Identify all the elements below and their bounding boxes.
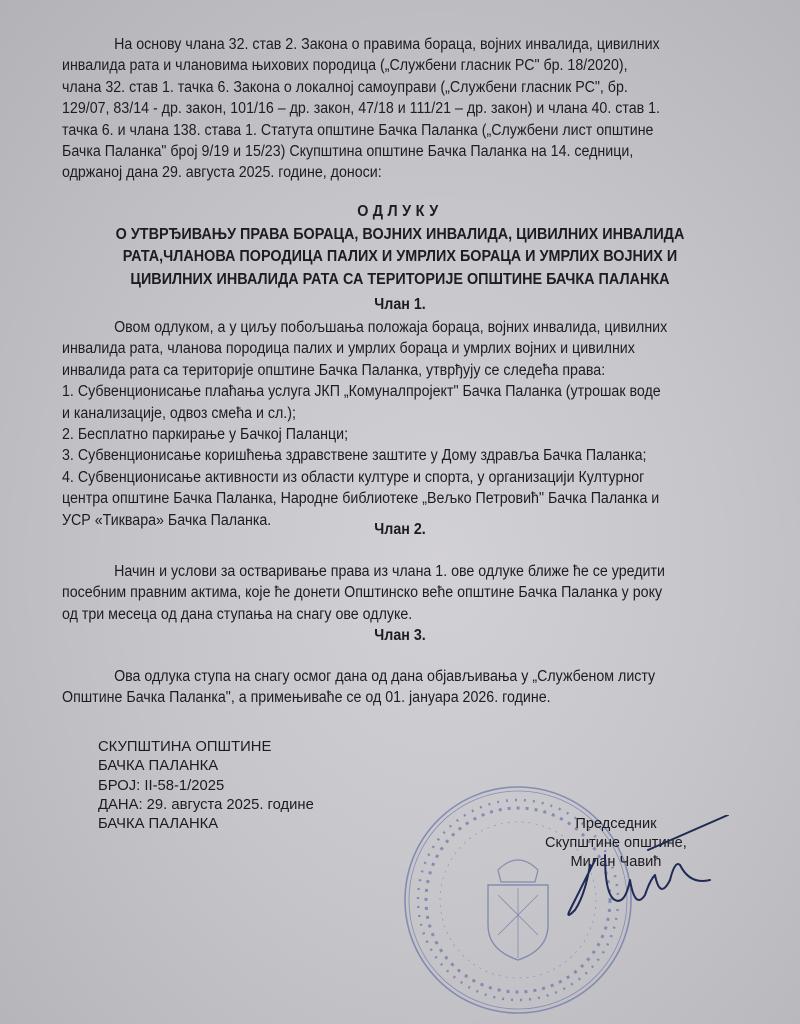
article-line: Ова одлука ступа на снагу осмог дана од …: [62, 666, 748, 687]
article-line: 3. Субвенционисање коришћења здравствене…: [62, 445, 748, 466]
article-1-body: Овом одлуком, а у циљу побољшања положај…: [62, 317, 748, 531]
title-heading: ОДЛУКУ: [40, 201, 760, 224]
preamble-line: члана 32. став 1. тачка 6. Закона о лока…: [62, 77, 748, 98]
title-subtitle-line: ЦИВИЛНИХ ИНВАЛИДА РАТА СА ТЕРИТОРИЈЕ ОПШ…: [40, 269, 760, 292]
article-line: Општине Бачка Паланка", а примењиваће се…: [62, 687, 748, 708]
preamble-line: одржаној дана 29. августа 2025. године, …: [62, 162, 748, 183]
article-line: 1. Субвенционисање плаћања услуга ЈКП „К…: [62, 381, 748, 402]
preamble-line: тачка 6. и члана 138. става 1. Статута о…: [62, 120, 748, 141]
title-subtitle-line: РАТА,ЧЛАНОВА ПОРОДИЦА ПАЛИХ И УМРЛИХ БОР…: [40, 246, 760, 269]
article-line: инвалида рата са територије општине Бачк…: [62, 360, 748, 381]
document-number: БРОЈ: II-58-1/2025: [98, 777, 314, 796]
title-subtitle-line: О УТВРЂИВАЊУ ПРАВА БОРАЦА, ВОЈНИХ ИНВАЛИ…: [40, 224, 760, 247]
article-line: Начин и услови за остваривање права из ч…: [62, 561, 748, 582]
article-3-heading: Члан 3.: [32, 627, 768, 645]
article-line: 4. Субвенционисање активности из области…: [62, 467, 748, 488]
preamble-line: инвалида рата и члановима њихових породи…: [62, 55, 748, 76]
article-line: центра општине Бачка Паланка, Народне би…: [62, 488, 748, 509]
article-line: од три месеца од дана ступања на снагу о…: [62, 604, 748, 625]
preamble-line: Бачка Паланка" број 9/19 и 15/23) Скупшт…: [62, 141, 748, 162]
issuer-line: БАЧКА ПАЛАНКА: [98, 815, 314, 834]
article-line: 2. Бесплатно паркирање у Бачкој Паланци;: [62, 424, 748, 445]
issuer-line: СКУПШТИНА ОПШТИНЕ: [98, 738, 314, 757]
handwritten-signature-icon: [560, 815, 740, 935]
article-line: Овом одлуком, а у циљу побољшања положај…: [62, 317, 748, 338]
preamble-line: На основу члана 32. став 2. Закона о пра…: [62, 34, 748, 55]
preamble-line: 129/07, 83/14 - др. закон, 101/16 – др. …: [62, 98, 748, 119]
article-1-heading: Члан 1.: [32, 296, 768, 314]
issuer-line: БАЧКА ПАЛАНКА: [98, 757, 314, 776]
article-line: инвалида рата, чланова породица палих и …: [62, 338, 748, 359]
decision-title: ОДЛУКУ О УТВРЂИВАЊУ ПРАВА БОРАЦА, ВОЈНИХ…: [0, 201, 800, 291]
article-2-body: Начин и услови за остваривање права из ч…: [62, 561, 748, 625]
article-line: посебним правним актима, које ће донети …: [62, 582, 748, 603]
preamble: На основу члана 32. став 2. Закона о пра…: [62, 34, 748, 184]
article-3-body: Ова одлука ступа на снагу осмог дана од …: [62, 666, 748, 709]
issuer-block: СКУПШТИНА ОПШТИНЕ БАЧКА ПАЛАНКА БРОЈ: II…: [98, 738, 314, 834]
document-page: На основу члана 32. став 2. Закона о пра…: [0, 0, 800, 1024]
article-line: и канализације, одвоз смећа и сл.);: [62, 403, 748, 424]
document-date: ДАНА: 29. августа 2025. године: [98, 796, 314, 815]
article-2-heading: Члан 2.: [32, 521, 768, 539]
